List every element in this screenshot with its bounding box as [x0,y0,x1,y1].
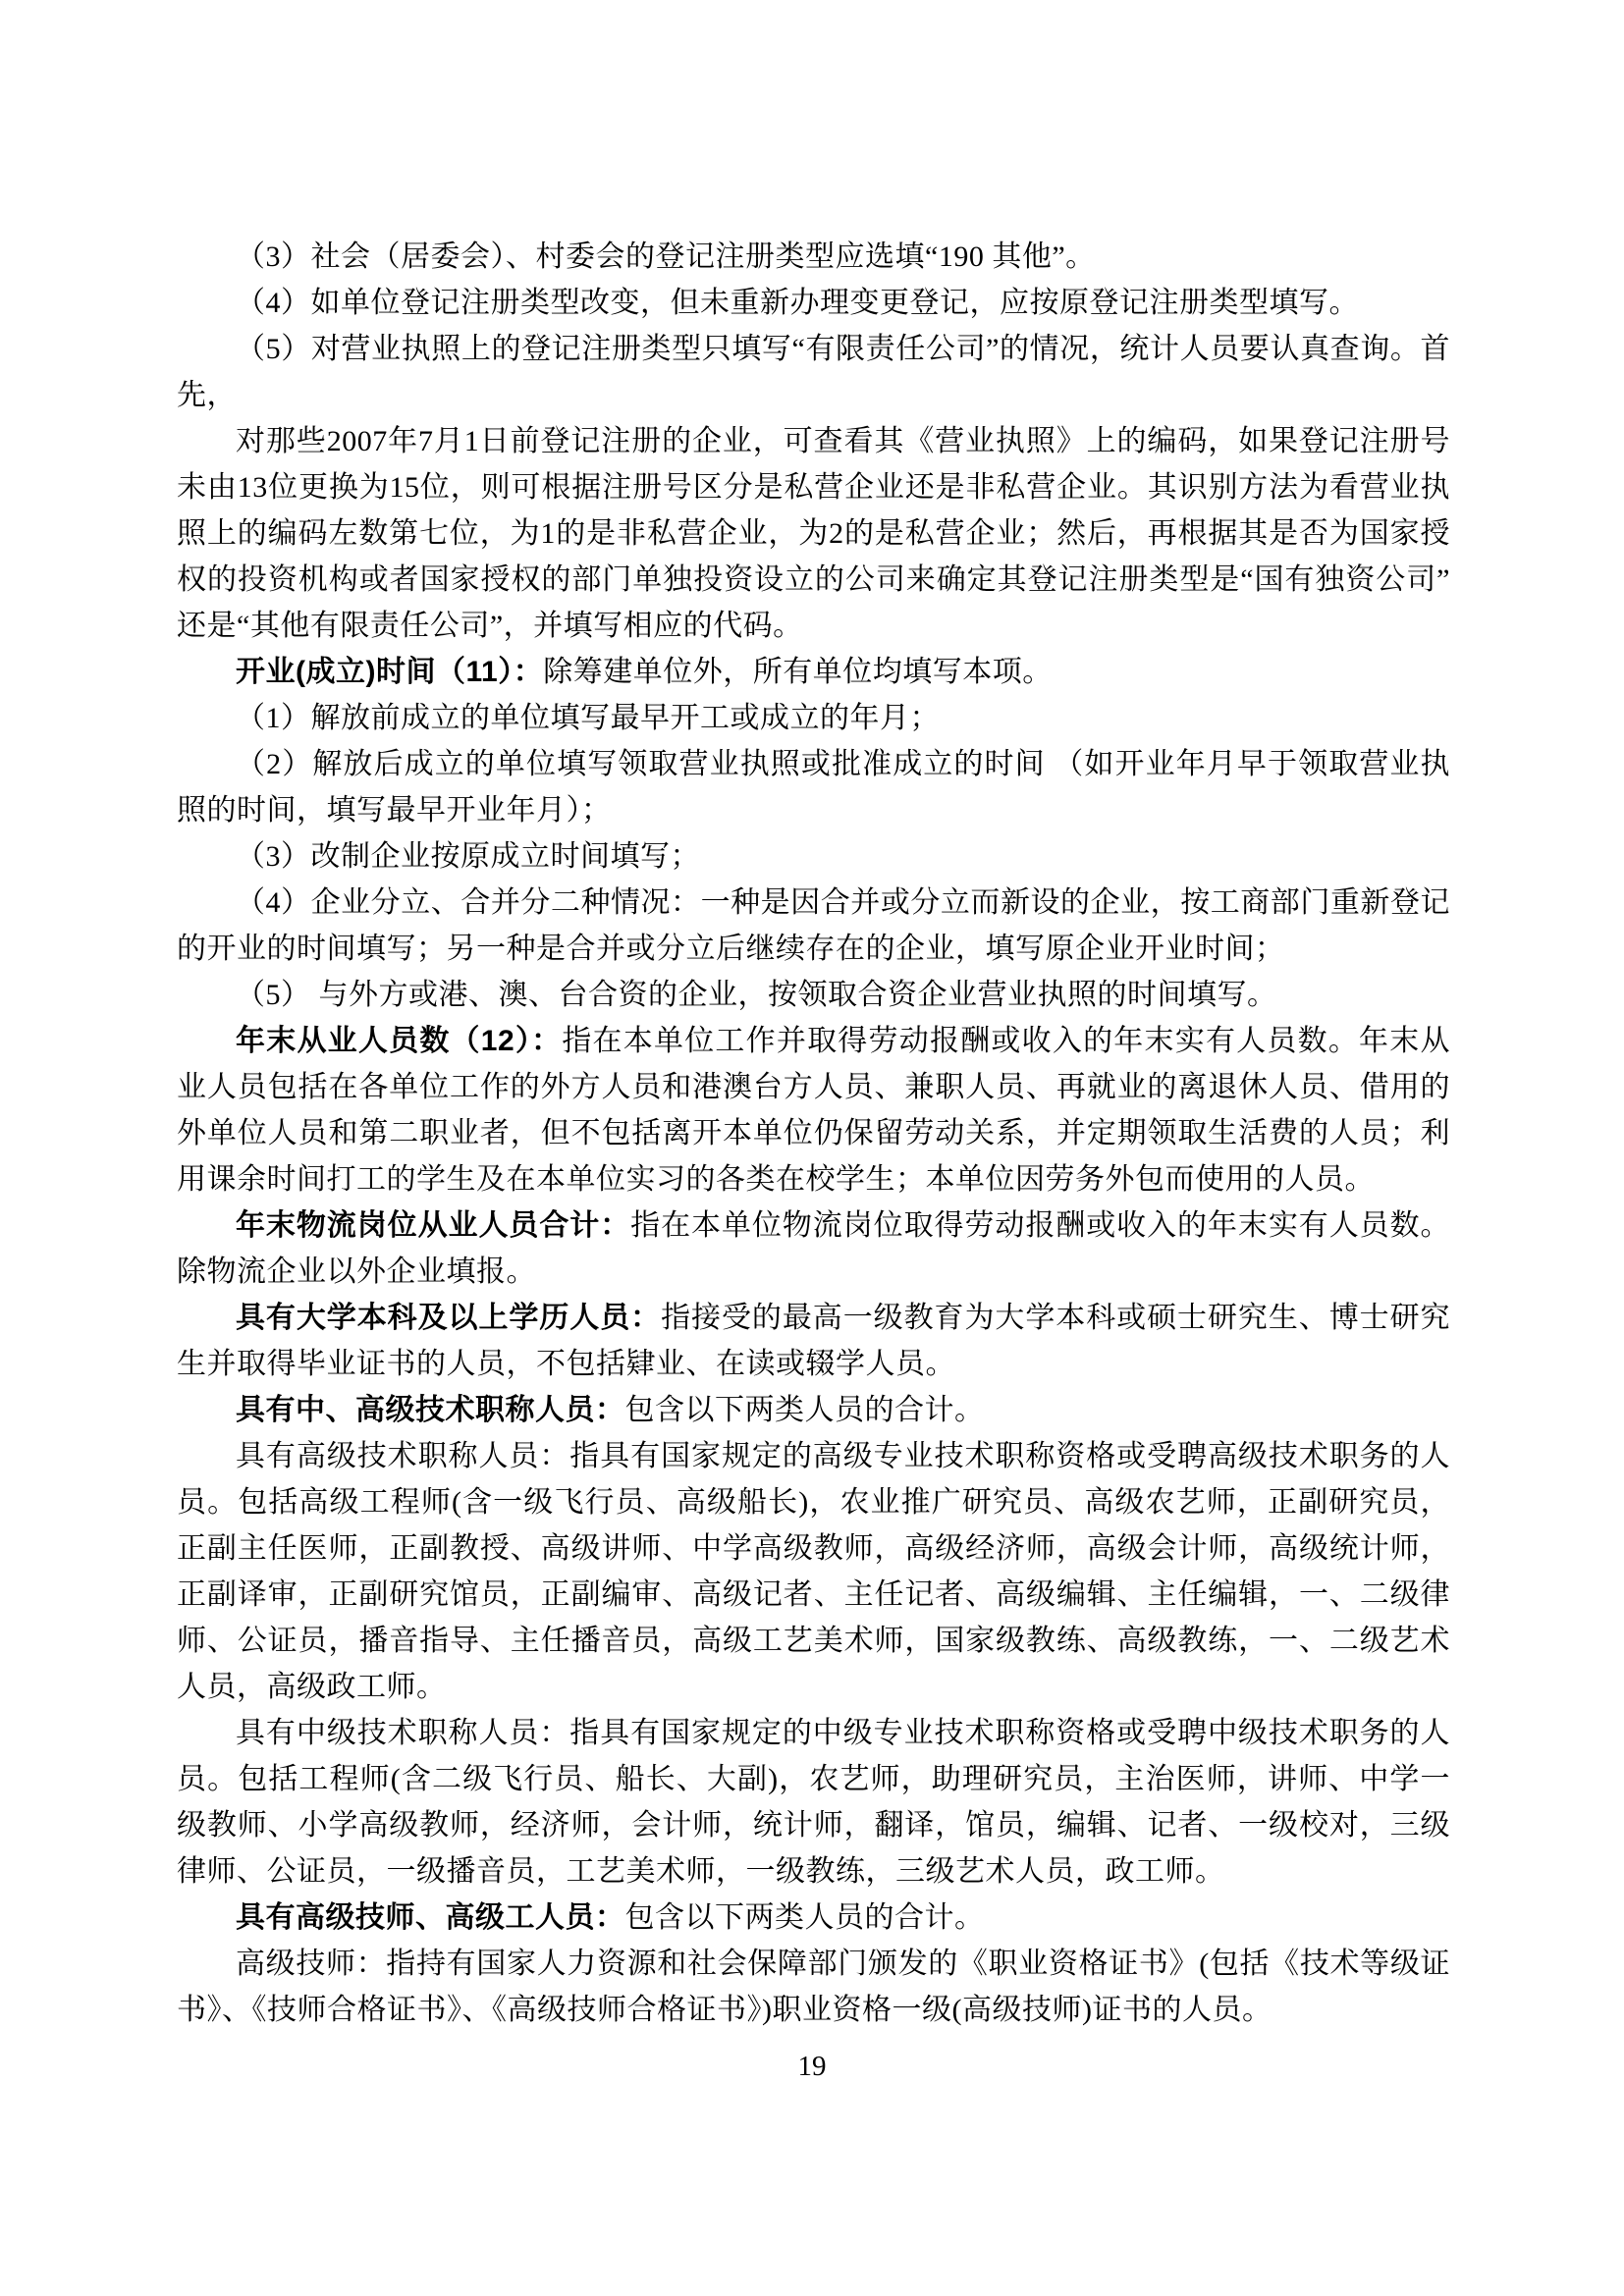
paragraph: 具有中、高级技术职称人员：包含以下两类人员的合计。 [177,1387,1450,1433]
paragraph-lead: 年末物流岗位从业人员合计： [236,1209,630,1242]
paragraph: 具有高级技师、高级工人员：包含以下两类人员的合计。 [177,1895,1450,1941]
paragraph: 高级技师：指持有国家人力资源和社会保障部门颁发的《职业资格证书》(包括《技术等级… [177,1941,1450,2033]
paragraph: （5） 与外方或港、澳、台合资的企业，按领取合资企业营业执照的时间填写。 [177,972,1450,1018]
document-body: （3）社会（居委会）、村委会的登记注册类型应选填“190 其他”。（4）如单位登… [177,234,1450,2033]
paragraph: （3）改制企业按原成立时间填写； [177,833,1450,880]
paragraph: （1）解放前成立的单位填写最早开工或成立的年月； [177,695,1450,741]
paragraph-lead: 具有高级技师、高级工人员： [236,1901,625,1934]
paragraph: （4）企业分立、合并分二种情况：一种是因合并或分立而新设的企业，按工商部门重新登… [177,880,1450,972]
paragraph: 开业(成立)时间（11）：除筹建单位外，所有单位均填写本项。 [177,649,1450,695]
document-page: （3）社会（居委会）、村委会的登记注册类型应选填“190 其他”。（4）如单位登… [0,0,1624,2296]
paragraph: 具有中级技术职称人员：指具有国家规定的中级专业技术职称资格或受聘中级技术职务的人… [177,1710,1450,1895]
paragraph-lead: 具有中、高级技术职称人员： [236,1394,625,1426]
paragraph: （4）如单位登记注册类型改变，但未重新办理变更登记，应按原登记注册类型填写。 [177,280,1450,326]
paragraph: 年末物流岗位从业人员合计：指在本单位物流岗位取得劳动报酬或收入的年末实有人员数。… [177,1202,1450,1295]
paragraph-lead: 开业(成立)时间（11）： [236,656,543,688]
paragraph: （3）社会（居委会）、村委会的登记注册类型应选填“190 其他”。 [177,234,1450,280]
page-number: 19 [0,2044,1624,2090]
paragraph: 具有高级技术职称人员：指具有国家规定的高级专业技术职称资格或受聘高级技术职务的人… [177,1433,1450,1710]
paragraph: （2）解放后成立的单位填写领取营业执照或批准成立的时间 （如开业年月早于领取营业… [177,741,1450,833]
paragraph: （5）对营业执照上的登记注册类型只填写“有限责任公司”的情况，统计人员要认真查询… [177,326,1450,418]
paragraph: 对那些2007年7月1日前登记注册的企业，可查看其《营业执照》上的编码，如果登记… [177,418,1450,649]
paragraph: 具有大学本科及以上学历人员：指接受的最高一级教育为大学本科或硕士研究生、博士研究… [177,1295,1450,1387]
paragraph-lead: 具有大学本科及以上学历人员： [236,1302,661,1334]
paragraph: 年末从业人员数（12）：指在本单位工作并取得劳动报酬或收入的年末实有人员数。年末… [177,1018,1450,1202]
paragraph-lead: 年末从业人员数（12）： [236,1025,562,1057]
